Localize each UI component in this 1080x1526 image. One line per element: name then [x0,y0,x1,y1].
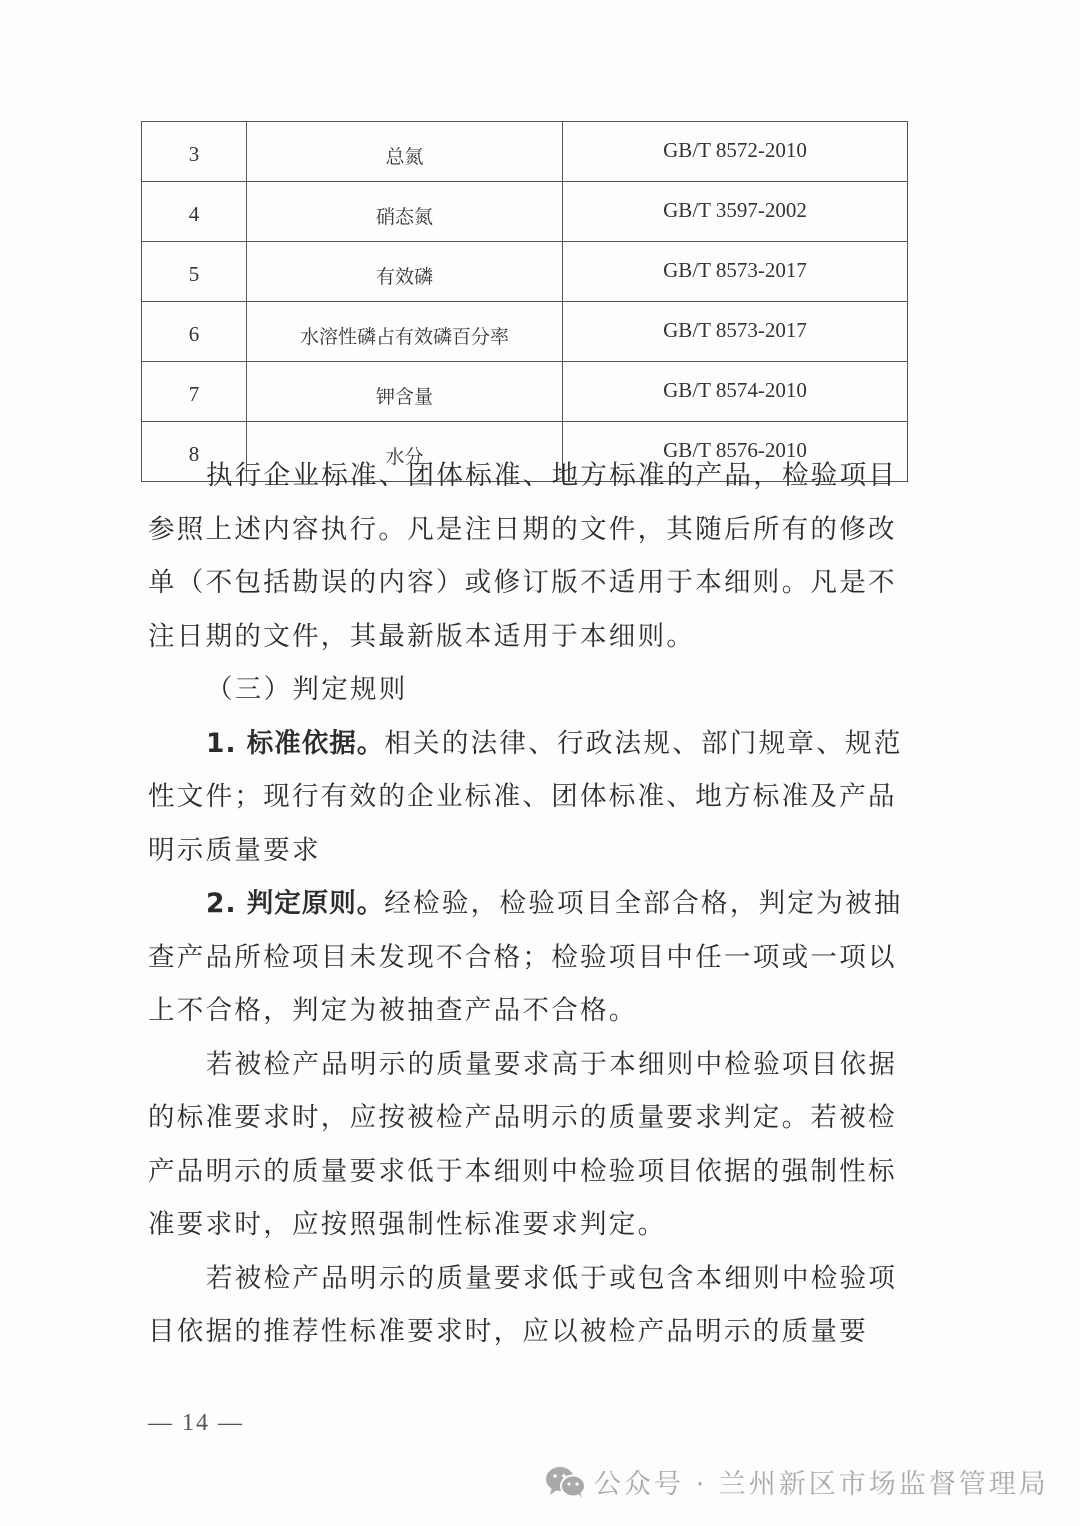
table-row: 3 总氮 GB/T 8572-2010 [142,122,908,182]
page-number: — 14 — [148,1410,244,1437]
rule-title: 1. 标准依据。 [206,728,384,759]
watermark: 公众号 · 兰州新区市场监督管理局 [544,1462,1049,1501]
standard-code: GB/T 8574-2010 [563,362,908,422]
paragraph-claimed-quality-higher: 若被检产品明示的质量要求高于本细则中检验项目依据的标准要求时，应按被检产品明示的… [148,1038,908,1252]
table-row: 4 硝态氮 GB/T 3597-2002 [142,182,908,242]
rule-judgment-principle: 2. 判定原则。经检验，检验项目全部合格，判定为被抽查产品所检项目未发现不合格；… [148,877,908,1038]
inspection-item: 钾含量 [247,362,563,422]
row-number: 7 [142,362,247,422]
body-text: 执行企业标准、团体标准、地方标准的产品，检验项目参照上述内容执行。凡是注日期的文… [148,449,908,1359]
inspection-item: 有效磷 [247,242,563,302]
inspection-item: 总氮 [247,122,563,182]
inspection-standards-table: 3 总氮 GB/T 8572-2010 4 硝态氮 GB/T 3597-2002… [141,121,908,482]
wechat-icon [544,1465,588,1499]
table-row: 5 有效磷 GB/T 8573-2017 [142,242,908,302]
standard-code: GB/T 8573-2017 [563,242,908,302]
section-heading: （三）判定规则 [148,663,908,717]
paragraph-standards-scope: 执行企业标准、团体标准、地方标准的产品，检验项目参照上述内容执行。凡是注日期的文… [148,449,908,663]
table-row: 6 水溶性磷占有效磷百分率 GB/T 8573-2017 [142,302,908,362]
table-row: 7 钾含量 GB/T 8574-2010 [142,362,908,422]
row-number: 5 [142,242,247,302]
document-page: 3 总氮 GB/T 8572-2010 4 硝态氮 GB/T 3597-2002… [0,0,1080,1526]
row-number: 6 [142,302,247,362]
standard-code: GB/T 3597-2002 [563,182,908,242]
paragraph-claimed-quality-lower: 若被检产品明示的质量要求低于或包含本细则中检验项目依据的推荐性标准要求时，应以被… [148,1252,908,1359]
rule-title: 2. 判定原则。 [206,888,384,919]
standard-code: GB/T 8573-2017 [563,302,908,362]
standard-code: GB/T 8572-2010 [563,122,908,182]
inspection-item: 硝态氮 [247,182,563,242]
rule-standard-basis: 1. 标准依据。相关的法律、行政法规、部门规章、规范性文件；现行有效的企业标准、… [148,717,908,878]
row-number: 4 [142,182,247,242]
watermark-text: 公众号 · 兰州新区市场监督管理局 [594,1462,1049,1501]
inspection-item: 水溶性磷占有效磷百分率 [247,302,563,362]
row-number: 3 [142,122,247,182]
